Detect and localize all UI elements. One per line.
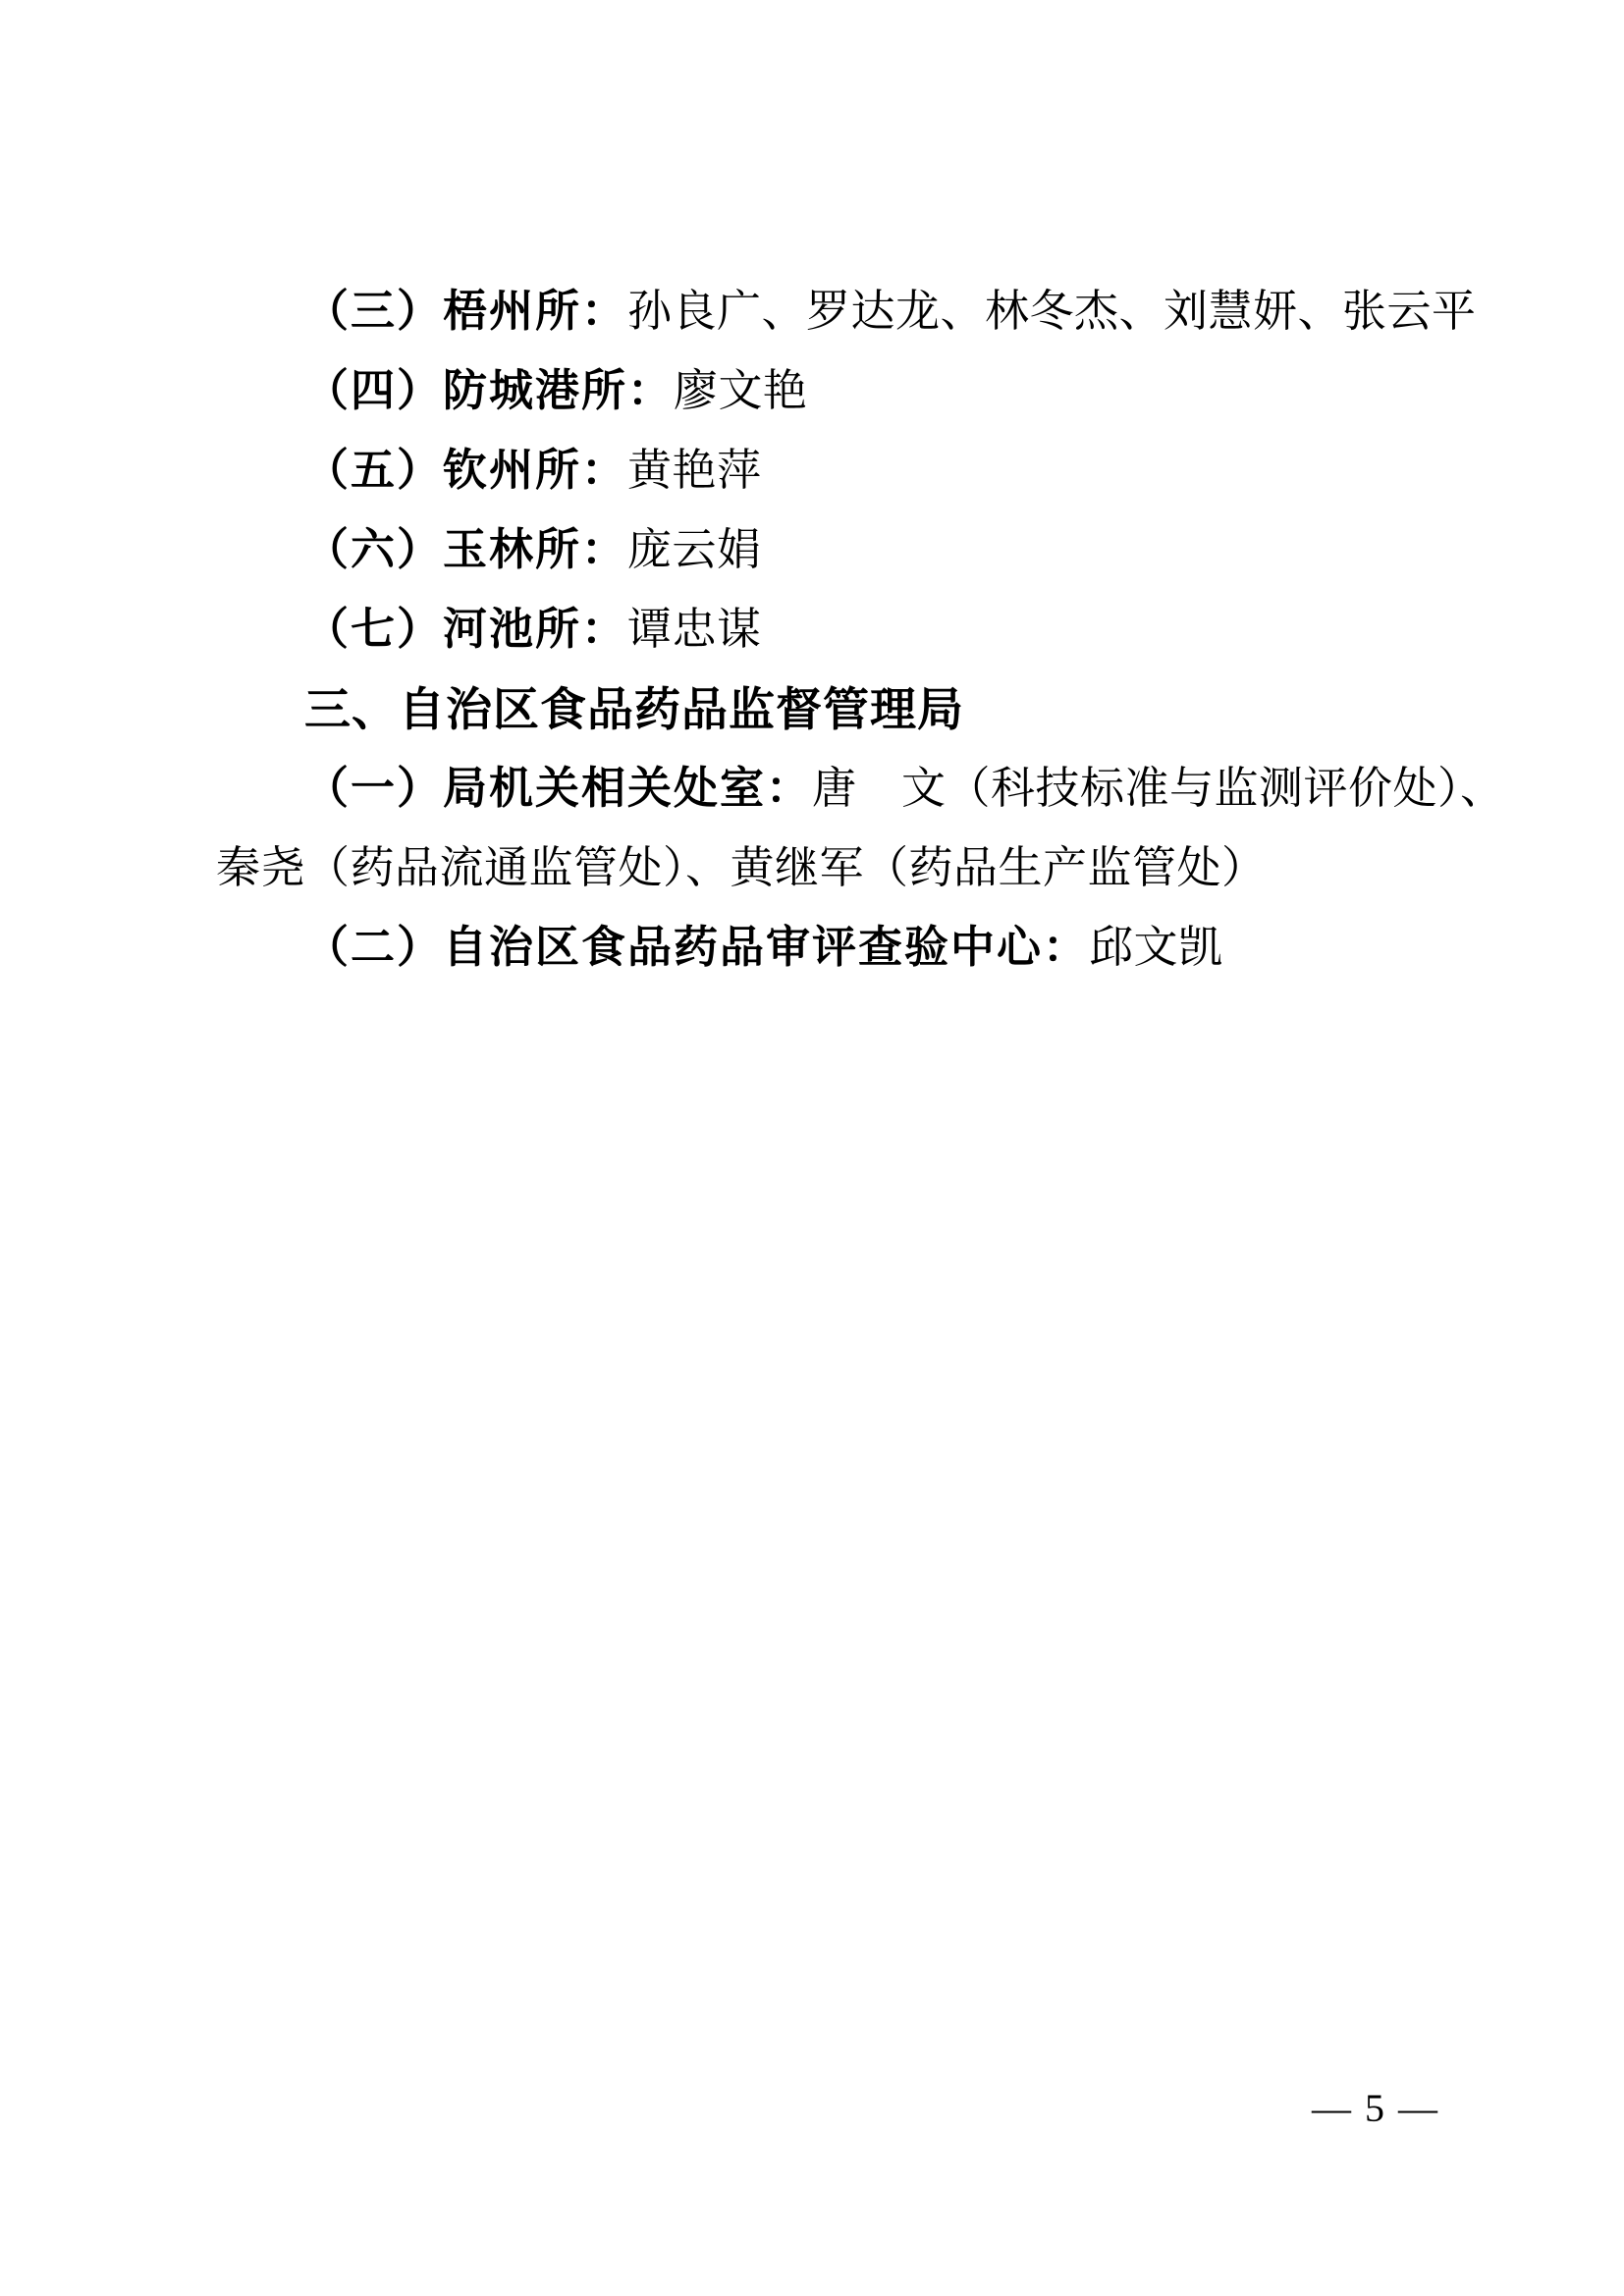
subsection-label: （一）局机关相关处室：: [304, 764, 812, 813]
subsection-office-line: （一）局机关相关处室：唐 文（科技标准与监测评价处）、: [216, 749, 1434, 828]
list-item-yulin: （六）玉林所：庞云娟: [216, 510, 1434, 590]
subsection-label: （二）自治区食品药品审评查验中心：: [304, 923, 1089, 972]
subsection-names: 邱文凯: [1089, 923, 1223, 972]
page-number: — 5 —: [1312, 2087, 1439, 2130]
subsection-center-line: （二）自治区食品药品审评查验中心：邱文凯: [216, 908, 1434, 988]
list-item-label: （七）河池所：: [304, 605, 627, 654]
subsection-names-continued: 秦尧（药品流通监管处）、黄继军（药品生产监管处）: [216, 843, 1267, 892]
list-item-wuzhou: （三）梧州所：孙良广、罗达龙、林冬杰、刘慧妍、张云平: [216, 272, 1434, 351]
document-page: （三）梧州所：孙良广、罗达龙、林冬杰、刘慧妍、张云平 （四）防城港所：廖文艳 （…: [0, 0, 1624, 2296]
list-item-hechi: （七）河池所：谭忠谋: [216, 590, 1434, 669]
list-item-label: （四）防城港所：: [304, 366, 674, 415]
list-item-qinzhou: （五）钦州所：黄艳萍: [216, 431, 1434, 510]
list-item-names: 庞云娟: [627, 525, 762, 574]
subsection-office-continuation: 秦尧（药品流通监管处）、黄继军（药品生产监管处）: [216, 828, 1434, 908]
section-heading: 三、自治区食品药品监督管理局: [216, 669, 1434, 749]
list-item-names: 孙良广、罗达龙、林冬杰、刘慧妍、张云平: [627, 287, 1477, 336]
document-body: （三）梧州所：孙良广、罗达龙、林冬杰、刘慧妍、张云平 （四）防城港所：廖文艳 （…: [216, 272, 1434, 988]
list-item-names: 廖文艳: [674, 366, 808, 415]
section-heading-text: 三、自治区食品药品监督管理局: [304, 683, 964, 735]
list-item-fangchenggang: （四）防城港所：廖文艳: [216, 351, 1434, 431]
list-item-names: 谭忠谋: [627, 605, 762, 654]
list-item-names: 黄艳萍: [627, 446, 762, 495]
list-item-label: （三）梧州所：: [304, 287, 627, 336]
list-item-label: （五）钦州所：: [304, 446, 627, 495]
subsection-names: 唐 文（科技标准与监测评价处）、: [812, 764, 1505, 813]
list-item-label: （六）玉林所：: [304, 525, 627, 574]
